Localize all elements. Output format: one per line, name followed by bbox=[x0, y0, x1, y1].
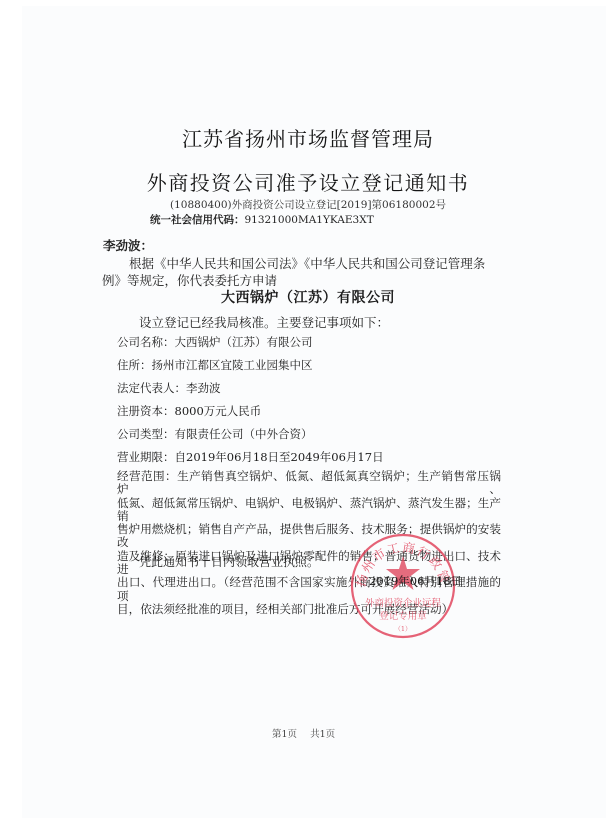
field-label: 注册资本： bbox=[117, 404, 175, 418]
document-title: 外商投资公司准予设立登记通知书 bbox=[0, 167, 616, 196]
intro-line-1: 根据《中华人民共和国公司法》《中华人民共和国公司登记管理条 bbox=[129, 254, 485, 272]
field-address: 住所：扬州市江都区宜陵工业园集中区 bbox=[117, 357, 313, 373]
credit-code: 统一社会信用代码：91321000MA1YKAE3XT bbox=[150, 212, 374, 227]
page-total: 共1页 bbox=[310, 729, 335, 740]
field-label: 住所： bbox=[117, 358, 152, 372]
field-value: 大西锅炉（江苏）有限公司 bbox=[175, 335, 313, 349]
field-company-name: 公司名称：大西锅炉（江苏）有限公司 bbox=[117, 334, 313, 350]
credit-code-value: 91321000MA1YKAE3XT bbox=[245, 214, 374, 226]
field-value: 扬州市江都区宜陵工业园集中区 bbox=[152, 358, 313, 372]
field-label: 法定代表人： bbox=[117, 381, 186, 395]
svg-text:外商投资企业远程: 外商投资企业远程 bbox=[365, 597, 442, 609]
credit-code-label: 统一社会信用代码： bbox=[150, 214, 245, 226]
field-value: 有限责任公司（中外合资） bbox=[175, 427, 313, 441]
field-registered-capital: 注册资本：8000万元人民币 bbox=[117, 403, 261, 419]
field-label: 公司名称： bbox=[117, 335, 175, 349]
field-value: 李劲波 bbox=[186, 381, 221, 395]
field-label: 公司类型： bbox=[117, 427, 175, 441]
field-company-type: 公司类型：有限责任公司（中外合资） bbox=[117, 426, 313, 442]
issuing-authority: 江苏省扬州市场监督管理局 bbox=[0, 123, 616, 152]
field-value: 自2019年06月18日至2049年06月17日 bbox=[175, 450, 384, 464]
addressee: 李劲波： bbox=[103, 236, 153, 254]
svg-text:（1）: （1） bbox=[394, 625, 411, 633]
scope-line: 低氮、超低氮常压锅炉、电锅炉、电极锅炉、蒸汽锅炉、蒸汽发生器；生产销 bbox=[117, 497, 501, 524]
document-number: (10880400)外商投资公司设立登记[2019]第06180002号 bbox=[0, 197, 616, 212]
field-legal-representative: 法定代表人：李劲波 bbox=[117, 380, 221, 396]
approval-statement: 设立登记已经我局核准。主要登记事项如下： bbox=[139, 313, 389, 331]
field-label: 营业期限： bbox=[117, 450, 175, 464]
company-name-heading: 大西锅炉（江苏）有限公司 bbox=[0, 287, 616, 307]
page-number: 第1页 bbox=[272, 729, 297, 740]
closing-instruction: 凭此通知书十日内领取营业执照。 bbox=[139, 553, 319, 570]
svg-text:登记专用章: 登记专用章 bbox=[379, 610, 427, 622]
field-business-term: 营业期限：自2019年06月18日至2049年06月17日 bbox=[117, 449, 384, 465]
page-footer: 第1页 共1页 bbox=[272, 726, 335, 740]
scope-line: 经营范围：生产销售真空锅炉、低氮、超低氮真空锅炉；生产销售常压锅炉、 bbox=[117, 470, 501, 497]
issue-date: 2019年06月18日 bbox=[369, 573, 462, 589]
field-value: 8000万元人民币 bbox=[175, 404, 262, 418]
